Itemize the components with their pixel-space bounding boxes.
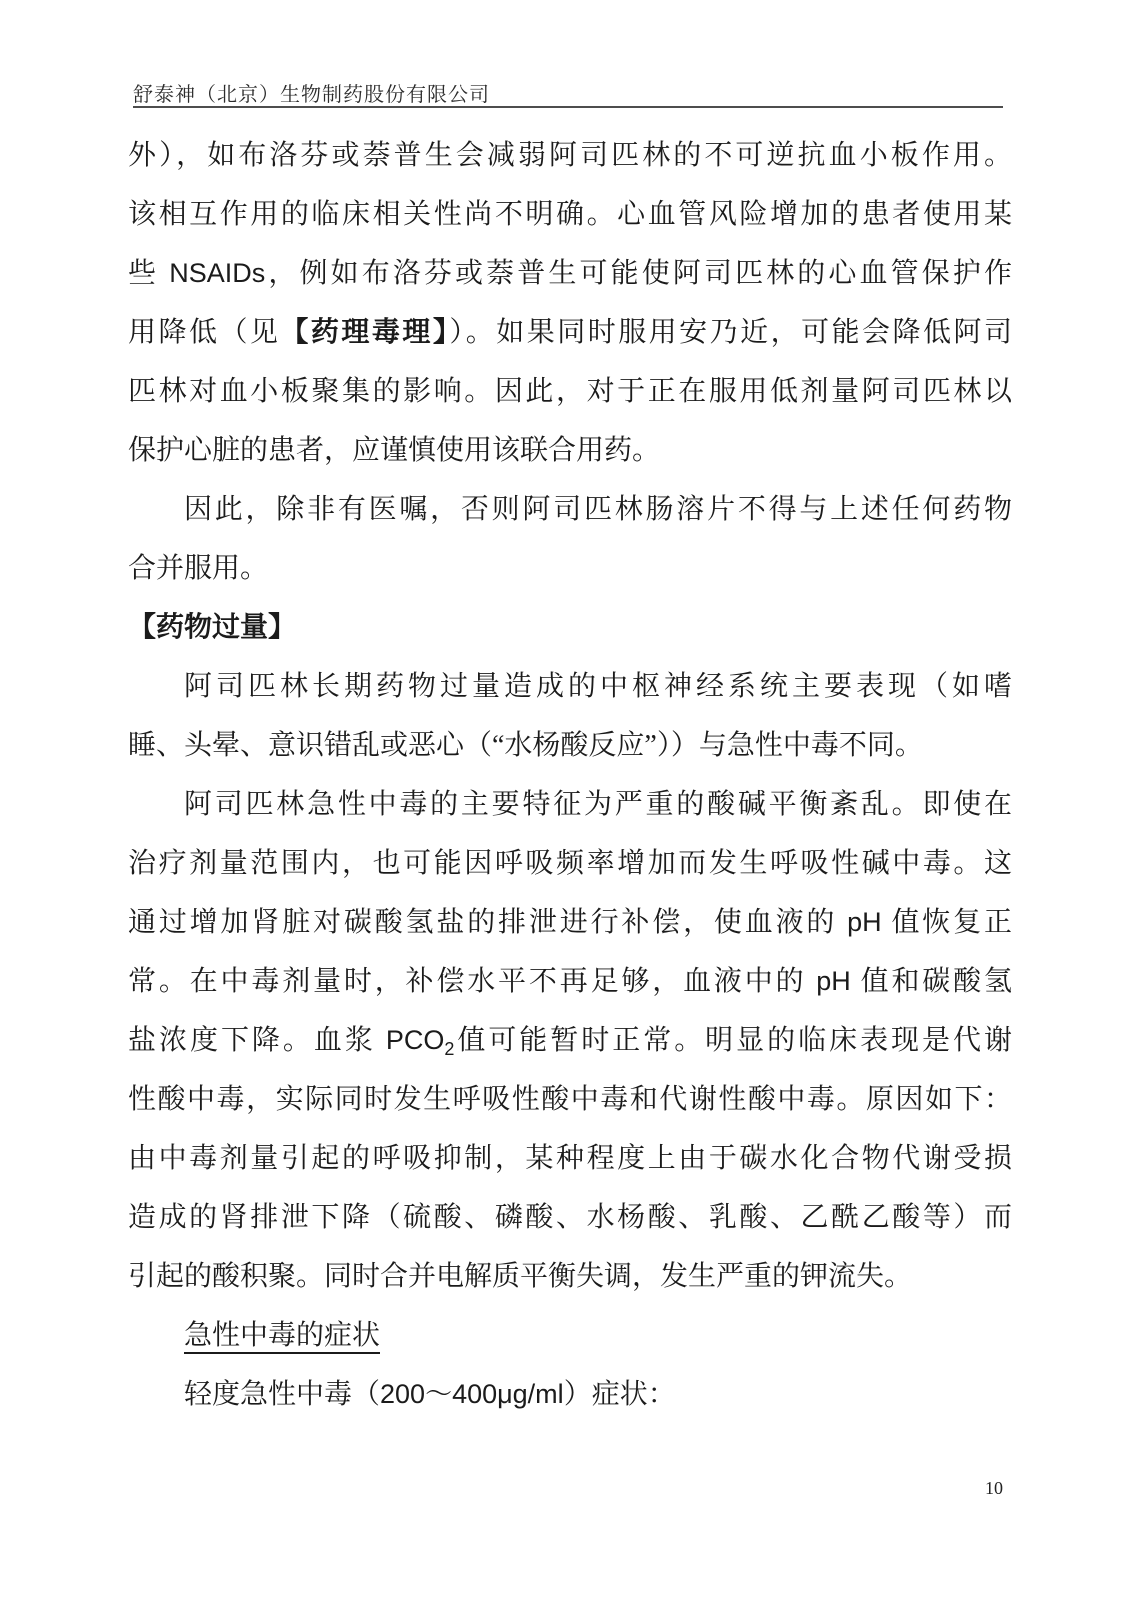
- text-segment: ）。如果同时服用安乃近，可能会降低阿司: [449, 317, 1012, 348]
- text-segment: ）症状：: [564, 1379, 676, 1410]
- text-segment: 治疗剂量范围内，也可能因呼吸频率增加而发生呼吸性碱中毒。这: [128, 848, 1012, 879]
- text-segment: 引起的酸积聚。同时合并电解质平衡失调，发生严重的钾流失。: [128, 1261, 912, 1292]
- text-line: 匹林对血小板聚集的影响。因此，对于正在服用低剂量阿司匹林以: [128, 362, 1012, 421]
- text-segment: 睡、头晕、意识错乱或恶心（“水杨酸反应”））与急性中毒不同。: [128, 730, 923, 761]
- section-heading-drug-overdose: 【药物过量】: [128, 598, 1012, 657]
- text-segment-latin: NSAIDs: [169, 258, 265, 288]
- text-segment: 该相互作用的临床相关性尚不明确。心血管风险增加的患者使用某: [128, 199, 1012, 230]
- text-segment: 性酸中毒，实际同时发生呼吸性酸中毒和代谢性酸中毒。原因如下：: [128, 1084, 1012, 1115]
- text-line: 该相互作用的临床相关性尚不明确。心血管风险增加的患者使用某: [128, 185, 1012, 244]
- text-segment: 保护心脏的患者，应谨慎使用该联合用药。: [128, 435, 660, 466]
- text-line: 用降低（见【药理毒理】）。如果同时服用安乃近，可能会降低阿司: [128, 303, 1012, 362]
- text-line: 性酸中毒，实际同时发生呼吸性酸中毒和代谢性酸中毒。原因如下：: [128, 1070, 1012, 1129]
- text-segment-latin: PCO: [386, 1025, 445, 1055]
- subheading-label: 急性中毒的症状: [184, 1320, 380, 1354]
- text-segment: 由中毒剂量引起的呼吸抑制，某种程度上由于碳水化合物代谢受损: [128, 1143, 1012, 1174]
- text-segment: 盐浓度下降。血浆: [128, 1025, 386, 1056]
- subscript-segment: 2: [444, 1039, 454, 1059]
- text-segment: 常。在中毒剂量时，补偿水平不再足够，血液中的: [128, 966, 816, 997]
- text-segment: 阿司匹林急性中毒的主要特征为严重的酸碱平衡紊乱。即使在: [184, 789, 1012, 820]
- text-line: 引起的酸积聚。同时合并电解质平衡失调，发生严重的钾流失。: [128, 1247, 1012, 1306]
- section-heading-label: 【药物过量】: [128, 612, 296, 643]
- page-number: 10: [128, 1478, 1003, 1499]
- text-segment: 值可能暂时正常。明显的临床表现是代谢: [454, 1025, 1012, 1056]
- text-segment-latin: pH: [816, 966, 851, 996]
- text-line: 外），如布洛芬或萘普生会减弱阿司匹林的不可逆抗血小板作用。: [128, 126, 1012, 185]
- header-company-name: 舒泰神（北京）生物制药股份有限公司: [133, 78, 490, 107]
- text-line: 常。在中毒剂量时，补偿水平不再足够，血液中的 pH 值和碳酸氢: [128, 952, 1012, 1011]
- text-segment: 外），如布洛芬或萘普生会减弱阿司匹林的不可逆抗血小板作用。: [128, 140, 1012, 171]
- header-divider-rule: [133, 106, 1003, 108]
- text-segment: 些: [128, 258, 169, 289]
- text-line: 治疗剂量范围内，也可能因呼吸频率增加而发生呼吸性碱中毒。这: [128, 834, 1012, 893]
- text-line: 轻度急性中毒（200～400μg/ml）症状：: [128, 1365, 1012, 1424]
- text-line: 通过增加肾脏对碳酸氢盐的排泄进行补偿，使血液的 pH 值恢复正: [128, 893, 1012, 952]
- text-line: 阿司匹林长期药物过量造成的中枢神经系统主要表现（如嗜: [128, 657, 1012, 716]
- text-segment: ，例如布洛芬或萘普生可能使阿司匹林的心血管保护作: [265, 258, 1012, 289]
- text-segment: 因此，除非有医嘱，否则阿司匹林肠溶片不得与上述任何药物: [184, 494, 1012, 525]
- text-segment: 用降低（见: [128, 317, 280, 348]
- text-segment: 匹林对血小板聚集的影响。因此，对于正在服用低剂量阿司匹林以: [128, 376, 1012, 407]
- text-line: 阿司匹林急性中毒的主要特征为严重的酸碱平衡紊乱。即使在: [128, 775, 1012, 834]
- text-line: 由中毒剂量引起的呼吸抑制，某种程度上由于碳水化合物代谢受损: [128, 1129, 1012, 1188]
- document-body: 外），如布洛芬或萘普生会减弱阿司匹林的不可逆抗血小板作用。 该相互作用的临床相关…: [128, 126, 1012, 1424]
- subheading-acute-toxicity-symptoms: 急性中毒的症状: [128, 1306, 1012, 1365]
- dose-range-value: 200～400μg/ml: [380, 1379, 564, 1409]
- text-segment: 合并服用。: [128, 553, 268, 584]
- text-line: 造成的肾排泄下降（硫酸、磷酸、水杨酸、乳酸、乙酰乙酸等）而: [128, 1188, 1012, 1247]
- text-segment: 值和碳酸氢: [851, 966, 1012, 997]
- text-segment: 造成的肾排泄下降（硫酸、磷酸、水杨酸、乳酸、乙酰乙酸等）而: [128, 1202, 1012, 1233]
- text-segment: 值恢复正: [882, 907, 1012, 938]
- text-line: 盐浓度下降。血浆 PCO2值可能暂时正常。明显的临床表现是代谢: [128, 1011, 1012, 1070]
- text-line: 因此，除非有医嘱，否则阿司匹林肠溶片不得与上述任何药物: [128, 480, 1012, 539]
- text-segment: 通过增加肾脏对碳酸氢盐的排泄进行补偿，使血液的: [128, 907, 847, 938]
- text-line: 睡、头晕、意识错乱或恶心（“水杨酸反应”））与急性中毒不同。: [128, 716, 1012, 775]
- text-segment-latin: pH: [847, 907, 882, 937]
- text-line: 保护心脏的患者，应谨慎使用该联合用药。: [128, 421, 1012, 480]
- text-segment: 轻度急性中毒（: [184, 1379, 380, 1410]
- text-segment: 阿司匹林长期药物过量造成的中枢神经系统主要表现（如嗜: [184, 671, 1012, 702]
- text-line: 些 NSAIDs，例如布洛芬或萘普生可能使阿司匹林的心血管保护作: [128, 244, 1012, 303]
- document-page: 舒泰神（北京）生物制药股份有限公司 外），如布洛芬或萘普生会减弱阿司匹林的不可逆…: [0, 0, 1131, 1600]
- text-line: 合并服用。: [128, 539, 1012, 598]
- cross-reference-bold: 【药理毒理】: [280, 317, 449, 348]
